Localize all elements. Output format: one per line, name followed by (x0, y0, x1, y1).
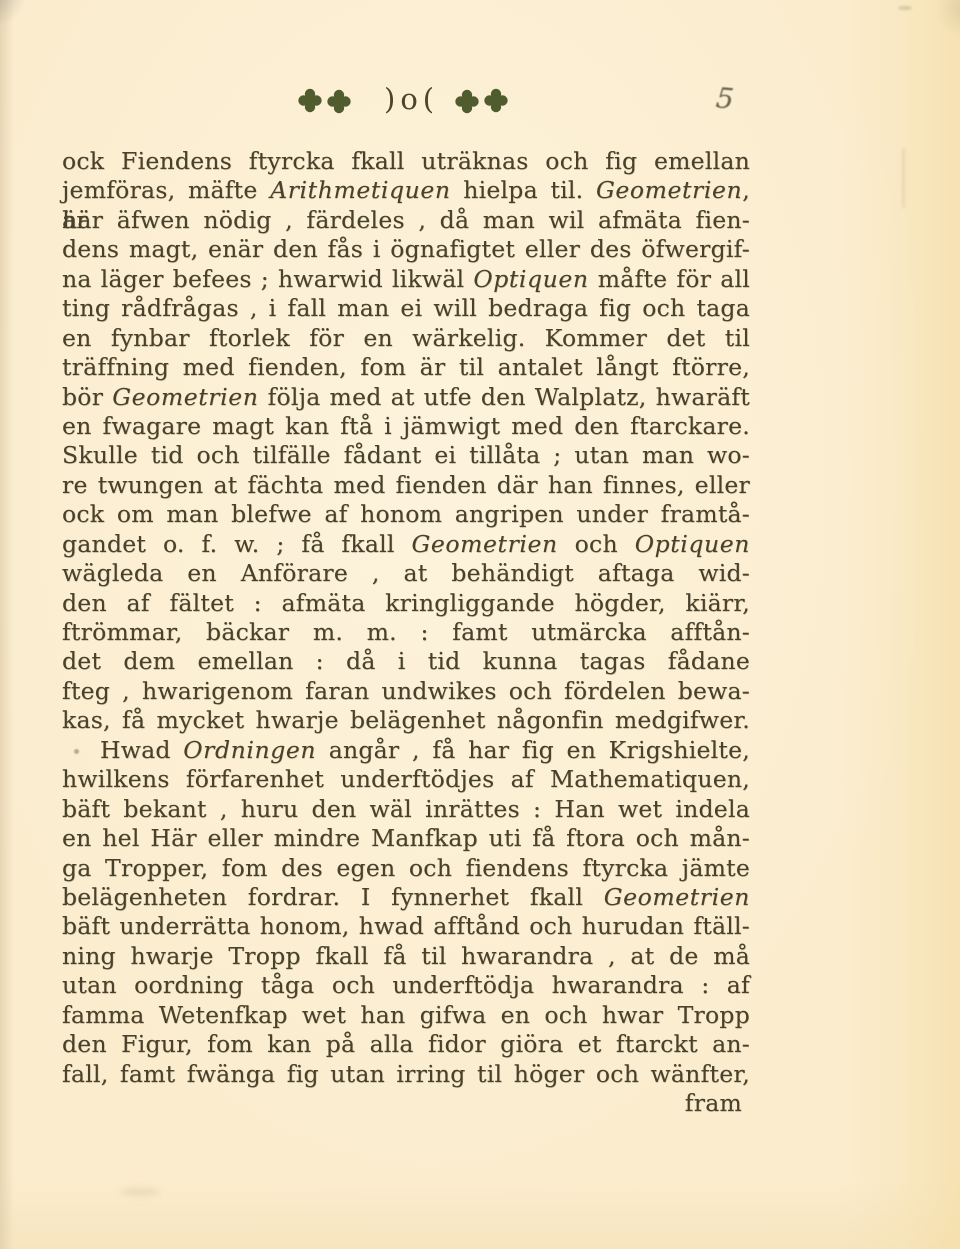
text-line: bör Geometrien följa med at utfe den Wal… (62, 383, 750, 412)
text-segment: ting rådfrågas , i fall man ei will bedr… (62, 294, 750, 322)
paper-blemish (74, 749, 79, 754)
text-line: dens magt, enär den fås i ögnafigtet ell… (62, 235, 750, 264)
italic-term: Ordningen (183, 736, 316, 764)
text-segment: träffning med fienden, fom är til antale… (62, 353, 750, 381)
page-header: )o( (296, 84, 515, 118)
text-line: fall, famt fwänga fig utan irring til hö… (62, 1060, 750, 1089)
text-line: fteg , hwarigenom faran undwikes och för… (62, 677, 750, 706)
text-line: belägenheten fordrar. I fynnerhet fkall … (62, 883, 750, 912)
catchword: fram (62, 1089, 750, 1118)
text-line: ock om man blefwe af honom angripen unde… (62, 500, 750, 529)
text-segment: ftrömmar, bäckar m. m. : famt utmärcka a… (62, 618, 750, 646)
italic-term: Geometrien (596, 176, 742, 204)
text-line: ning hwarje Tropp fkall få til hwarandra… (62, 942, 750, 971)
text-segment: wägleda en Anförare , at behändigt aftag… (62, 559, 750, 587)
text-line: träffning med fienden, fom är til antale… (62, 353, 750, 382)
text-line: na läger befees ; hwarwid likwäl Optique… (62, 265, 750, 294)
text-line: wägleda en Anförare , at behändigt aftag… (62, 559, 750, 588)
text-line: en fynbar ftorlek för en wärkelig. Komme… (62, 324, 750, 353)
text-segment: den af fältet : afmäta kringliggande hög… (62, 589, 750, 617)
text-segment: följa med at utfe den Walplatz, hwaräft (259, 383, 750, 411)
text-segment: famma Wetenfkap wet han gifwa en och hwa… (62, 1001, 750, 1029)
text-line: jemföras, mäfte Arithmetiquen hielpa til… (62, 176, 750, 205)
italic-term: Optiquen (635, 530, 750, 558)
text-segment: angår , få har fig en Krigshielte, (316, 736, 750, 764)
text-segment: en fynbar ftorlek för en wärkelig. Komme… (62, 324, 750, 352)
italic-term: Arithmetiquen (270, 176, 450, 204)
text-segment: och (558, 530, 635, 558)
scanned-book-page: { "header": { "mark": ")o(", "page_numbe… (0, 0, 960, 1249)
text-line: bäft bekant , huru den wäl inrättes : Ha… (62, 795, 750, 824)
text-segment: ock om man blefwe af honom angripen unde… (62, 500, 750, 528)
text-segment: gandet o. f. w. ; få fkall (62, 530, 412, 558)
text-line: en fwagare magt kan ftå i jämwigt med de… (62, 412, 750, 441)
text-line: ga Tropper, fom des egen och fiendens ft… (62, 854, 750, 883)
text-line: famma Wetenfkap wet han gifwa en och hwa… (62, 1001, 750, 1030)
text-segment: hielpa til. (451, 176, 596, 204)
text-line: Skulle tid och tilfälle fådant ei tillåt… (62, 441, 750, 470)
text-segment: belägenheten fordrar. I fynnerhet fkall (62, 883, 604, 911)
text-segment: kas, få mycket hwarje belägenhet någonfi… (62, 706, 750, 734)
text-segment: den Figur, fom kan på alla fidor giöra e… (62, 1030, 750, 1058)
text-segment: ga Tropper, fom des egen och fiendens ft… (62, 854, 750, 882)
text-line: här äfwen nödig , färdeles , då man wil … (62, 206, 750, 235)
italic-term: Geometrien (112, 383, 258, 411)
text-segment: bör (62, 383, 112, 411)
text-block: ock Fiendens ftyrcka fkall uträknas och … (62, 147, 750, 1118)
italic-term: Optiquen (473, 265, 588, 293)
text-segment: fall, famt fwänga fig utan irring til hö… (62, 1060, 750, 1088)
paper-blemish (898, 6, 912, 10)
text-line: bäft underrätta honom, hwad afftånd och … (62, 912, 750, 941)
floral-ornament-icon (453, 85, 515, 117)
text-lines: ock Fiendens ftyrcka fkall uträknas och … (62, 147, 750, 1089)
text-line: gandet o. f. w. ; få fkall Geometrien oc… (62, 530, 750, 559)
paper-blemish (902, 148, 905, 208)
text-segment: na läger befees ; hwarwid likwäl (62, 265, 473, 293)
text-segment: utan oordning tåga och underftödja hwara… (62, 971, 750, 999)
text-segment: bäft underrätta honom, hwad afftånd och … (62, 912, 750, 940)
text-line: kas, få mycket hwarje belägenhet någonfi… (62, 706, 750, 735)
text-line: Hwad Ordningen angår , få har fig en Kri… (62, 736, 750, 765)
text-segment: jemföras, mäfte (62, 176, 270, 204)
text-line: den af fältet : afmäta kringliggande hög… (62, 589, 750, 618)
text-segment: re twungen at fächta med fienden där han… (62, 471, 750, 499)
text-segment: Hwad (100, 736, 183, 764)
text-segment: Skulle tid och tilfälle fådant ei tillåt… (62, 441, 750, 469)
text-segment: ning hwarje Tropp fkall få til hwarandra… (62, 942, 750, 970)
text-line: ting rådfrågas , i fall man ei will bedr… (62, 294, 750, 323)
text-segment: en fwagare magt kan ftå i jämwigt med de… (62, 412, 750, 440)
floral-ornament-icon (296, 85, 358, 117)
text-line: det dem emellan : då i tid kunna tagas f… (62, 647, 750, 676)
text-segment: en hel Här eller mindre Manfkap uti få f… (62, 824, 750, 852)
italic-term: Geometrien (412, 530, 558, 558)
text-segment: bäft bekant , huru den wäl inrättes : Ha… (62, 795, 750, 823)
text-line: ock Fiendens ftyrcka fkall uträknas och … (62, 147, 750, 176)
text-segment: det dem emellan : då i tid kunna tagas f… (62, 647, 750, 675)
text-line: re twungen at fächta med fienden där han… (62, 471, 750, 500)
italic-term: Geometrien (604, 883, 750, 911)
text-line: den Figur, fom kan på alla fidor giöra e… (62, 1030, 750, 1059)
text-line: utan oordning tåga och underftödja hwara… (62, 971, 750, 1000)
text-line: ftrömmar, bäckar m. m. : famt utmärcka a… (62, 618, 750, 647)
page-number: 5 (715, 81, 736, 115)
text-line: en hel Här eller mindre Manfkap uti få f… (62, 824, 750, 853)
paper-blemish (120, 1188, 160, 1196)
header-mark: )o( (384, 82, 439, 116)
text-line: hwilkens förfarenhet underftödjes af Mat… (62, 765, 750, 794)
text-segment: här äfwen nödig , färdeles , då man wil … (62, 206, 750, 234)
text-segment: hwilkens förfarenhet underftödjes af Mat… (62, 765, 750, 793)
text-segment: fteg , hwarigenom faran undwikes och för… (62, 677, 750, 705)
text-segment: ock Fiendens ftyrcka fkall uträknas och … (62, 147, 750, 175)
text-segment: måfte för all (589, 265, 750, 293)
book-page: )o( 5 ock Fiendens ftyrcka fkall uträkna… (0, 0, 960, 1249)
text-segment: dens magt, enär den fås i ögnafigtet ell… (62, 235, 750, 263)
